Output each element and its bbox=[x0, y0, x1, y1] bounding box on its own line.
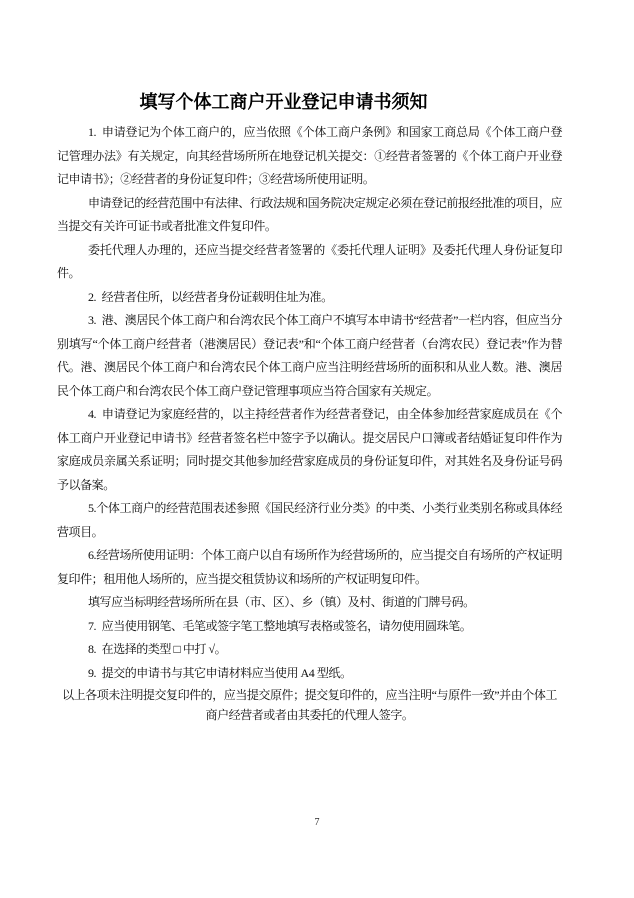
paragraph: 以上各项未注明提交复印件的，应当提交原件；提交复印件的，应当注明“与原件一致”并… bbox=[57, 685, 562, 725]
page-number: 7 bbox=[0, 816, 634, 830]
paragraph: 委托代理人办理的，还应当提交经营者签署的《委托代理人证明》及委托代理人身份证复印… bbox=[57, 239, 562, 286]
document-body: 1. 申请登记为个体工商户的，应当依照《个体工商户条例》和国家工商总局《个体工商… bbox=[57, 121, 562, 725]
paragraph: 4. 申请登记为家庭经营的，以主持经营者作为经营者登记，由全体参加经营家庭成员在… bbox=[57, 403, 562, 497]
paragraph: 6.经营场所使用证明：个体工商户以自有场所作为经营场所的，应当提交自有场所的产权… bbox=[57, 544, 562, 591]
page-title: 填写个体工商户开业登记申请书须知 bbox=[31, 88, 536, 114]
paragraph: 8. 在选择的类型 □ 中打 √。 bbox=[57, 638, 562, 662]
paragraph: 9. 提交的申请书与其它申请材料应当使用 A4 型纸。 bbox=[57, 662, 562, 686]
paragraph: 5.个体工商户的经营范围表述参照《国民经济行业分类》的中类、小类行业类别名称或具… bbox=[57, 497, 562, 544]
paragraph: 2. 经营者住所，以经营者身份证载明住址为准。 bbox=[57, 286, 562, 310]
paragraph: 1. 申请登记为个体工商户的，应当依照《个体工商户条例》和国家工商总局《个体工商… bbox=[57, 121, 562, 192]
document-page: 填写个体工商户开业登记申请书须知 1. 申请登记为个体工商户的，应当依照《个体工… bbox=[0, 0, 634, 898]
paragraph: 申请登记的经营范围中有法律、行政法规和国务院决定规定必须在登记前报经批准的项目，… bbox=[57, 192, 562, 239]
paragraph: 3. 港、澳居民个体工商户和台湾农民个体工商户不填写本申请书“经营者”一栏内容，… bbox=[57, 309, 562, 403]
paragraph: 填写应当标明经营场所所在县（市、区）、乡（镇）及村、街道的门牌号码。 bbox=[57, 591, 562, 615]
paragraph: 7. 应当使用钢笔、毛笔或签字笔工整地填写表格或签名，请勿使用圆珠笔。 bbox=[57, 615, 562, 639]
